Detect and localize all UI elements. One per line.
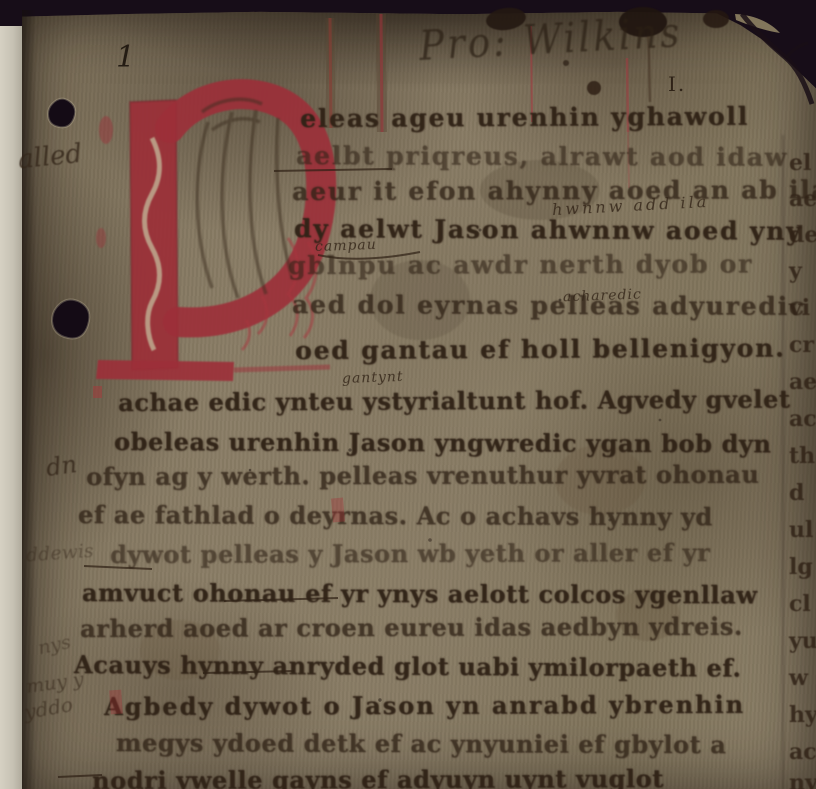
text-line: gblnpu ac awdr nerth dyob or [288,249,753,280]
text-line: eleas ageu urenhin yghawoll [300,102,749,133]
text-line: nodri ywelle gayns ef adyuyn uynt vuglot [92,764,664,789]
interlinear-gloss: gantynt [342,369,404,387]
margin-note: dn [44,450,78,482]
text-line: aed dol eyrnas pelleas adyuredic [292,290,806,321]
right-column-fragment: vi [789,295,810,321]
right-column-fragment: ae [789,186,816,212]
right-column-fragment: ac [789,739,816,765]
text-line: ofyn ag y werth. pelleas vrenuthur yvrat… [86,460,759,491]
text-line: oed gantau ef holl bellenigyon. [295,333,786,365]
text-line: Acauys hynny anryded glot uabi ymilorpae… [74,650,742,682]
text-line: arherd aoed ar croen eureu idas aedbyn y… [80,612,743,643]
right-column-fragment: ae [789,369,816,395]
text-line: ef ae fathlad o deyrnas. Ac o achavs hyn… [78,500,713,531]
gutter-shadow [22,10,36,789]
manuscript-photo: Pro: Wilkins 1 I. P eleas ageu urenhin y… [0,0,816,789]
text-line: aelbt priqreus, alrawt aod idaw [296,141,788,172]
text-line: Agbedy dywot o Jason yn anrabd ybrenhin [104,690,745,721]
margin-note: ddewis [25,540,94,567]
right-column-fragment: d [789,480,804,506]
right-column-fragment: y [789,258,802,284]
right-column-fragment: lg [789,554,813,580]
right-column-fragment: th [789,443,815,469]
text-line: amvuct ohonau ef yr ynys aelott colcos y… [82,578,758,609]
text-line: achae edic ynteu ystyrialtunt hof. Agved… [118,384,791,417]
text-line: dywot pelleas y Jason wb yeth or aller e… [110,538,710,569]
interlinear-gloss: acharedic [563,287,642,306]
right-column-fragment: ny [789,770,816,789]
right-column-fragment: cr [789,332,814,358]
folio-mark: 1 [116,40,135,75]
right-column-fragment: yu [789,628,816,654]
right-column-fragment: ac [789,406,816,432]
page-number: I. [668,72,686,96]
book-edge-strip [0,26,24,789]
interlinear-gloss: campau [315,237,377,255]
right-column-fragment: de [789,222,816,248]
right-column-fragment: hy [789,702,816,728]
right-column-fragment: w [789,665,808,691]
text-line: megys ydoed detk ef ac ynyuniei ef gbylo… [116,728,727,759]
right-column-fragment: ul [789,517,813,543]
corner-crack-branch [786,43,808,58]
text-line: obeleas urenhin Jason yngwredic ygan bob… [114,427,772,458]
right-column-fragment: el [789,150,811,176]
right-column-fragment: cl [789,591,811,617]
